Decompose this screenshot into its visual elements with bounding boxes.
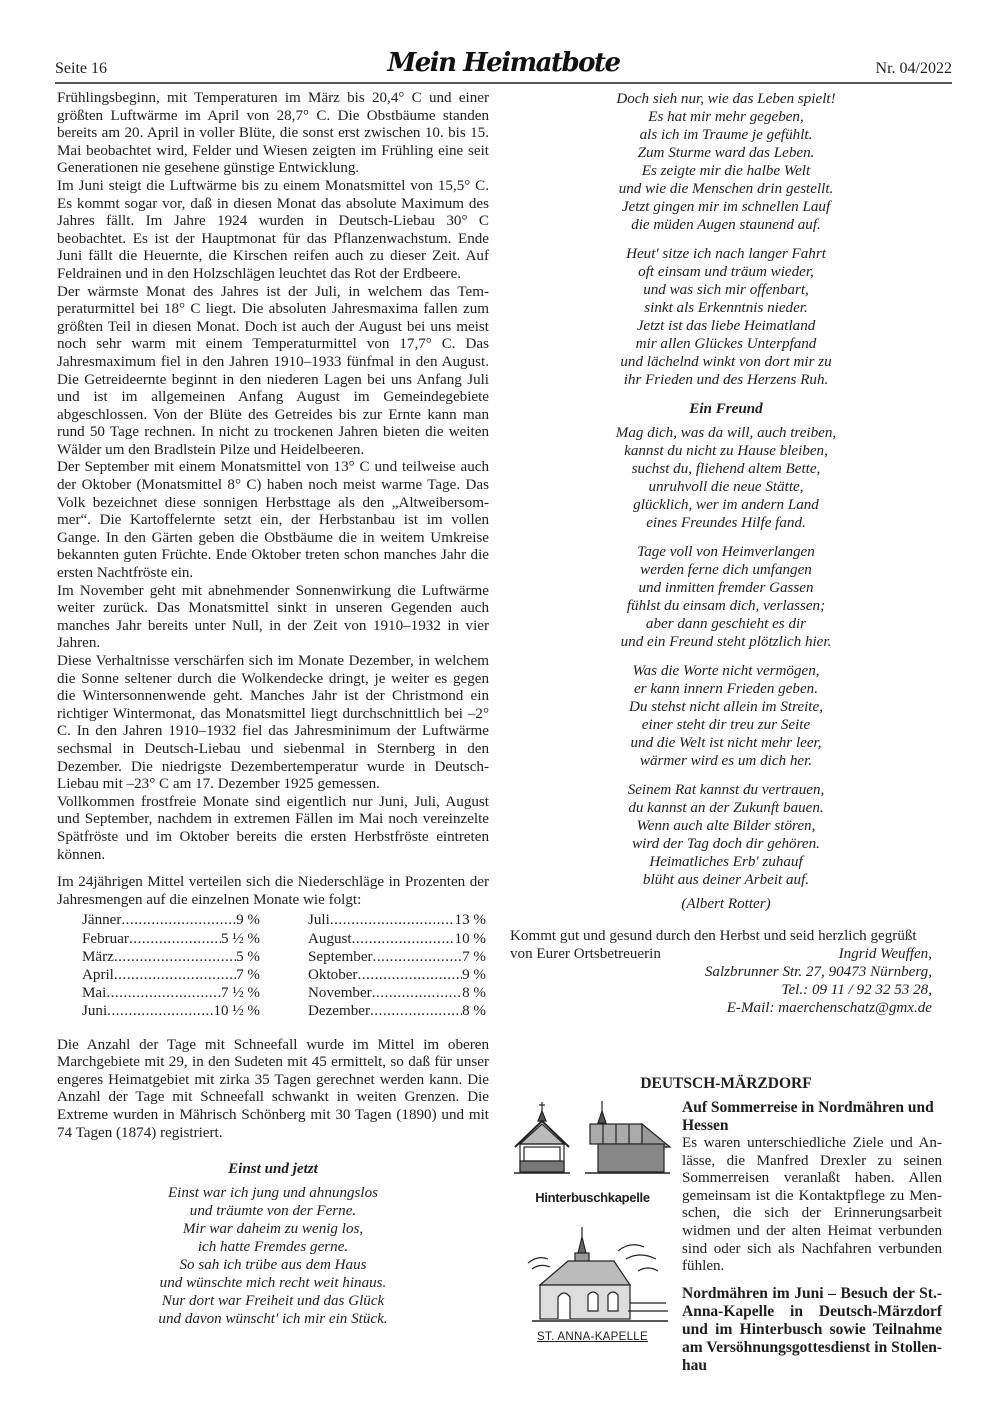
figure-caption: ST. ANNA-KAPELLE xyxy=(510,1331,675,1343)
church-drawing-icon xyxy=(518,1223,683,1331)
poem-stanza: Was die Worte nicht vermögen, er kann in… xyxy=(510,662,942,770)
poem-stanza: Doch sieh nur, wie das Leben spielt! Es … xyxy=(510,90,942,234)
paragraph: Vollkommen frostfreie Monate sind eigent… xyxy=(57,794,489,864)
article-title: Auf Sommerreise in Nordmähren und Hessen xyxy=(682,1099,942,1135)
deutsch-maerzdorf-section: Hinterbuschkapelle ST. ANNA xyxy=(510,1099,942,1375)
table-row: November8 % xyxy=(308,984,486,1002)
precipitation-table: Jänner9 % Februar5 ½ % März5 % April7 % … xyxy=(82,911,489,1020)
issue-number: Nr. 04/2022 xyxy=(876,60,952,78)
climate-article: Frühlingsbeginn, mit Temperaturen im Mär… xyxy=(57,90,489,864)
table-row: März5 % xyxy=(82,948,260,966)
greeting: Kommt gut und gesund durch den Herbst un… xyxy=(510,927,942,963)
precipitation-intro: Im 24jährigen Mittel verteilen sich die … xyxy=(57,874,489,909)
right-column: Doch sieh nur, wie das Leben spielt! Es … xyxy=(510,90,942,1375)
table-row: Juni10 ½ % xyxy=(82,1002,260,1020)
figure-caption: Hinterbuschkapelle xyxy=(510,1190,675,1205)
poem-stanza: Seinem Rat kannst du vertrauen, du kanns… xyxy=(510,781,942,889)
article-body: Es waren unterschiedliche Ziele und An­l… xyxy=(682,1135,942,1276)
table-row: September7 % xyxy=(308,948,486,966)
article-subheading: Nordmähren im Juni – Besuch der St.-Anna… xyxy=(682,1285,942,1375)
poem-stanza: Heut' sitze ich nach langer Fahrt oft ei… xyxy=(510,245,942,389)
table-row: April7 % xyxy=(82,966,260,984)
paragraph: Im November geht mit abnehmender Sonnenw… xyxy=(57,583,489,653)
table-row: Oktober9 % xyxy=(308,966,486,984)
table-row: Mai7 ½ % xyxy=(82,984,260,1002)
table-row: Dezember8 % xyxy=(308,1002,486,1020)
paragraph: Der wärmste Monat des Jahres ist der Jul… xyxy=(57,284,489,460)
table-row: August10 % xyxy=(308,930,486,948)
header-rule xyxy=(55,82,952,84)
table-row: Februar5 ½ % xyxy=(82,930,260,948)
contact-address: Salzbrunner Str. 27, 90473 Nürnberg, Tel… xyxy=(510,963,942,1017)
page-number: Seite 16 xyxy=(55,60,107,78)
figures: Hinterbuschkapelle ST. ANNA xyxy=(510,1099,675,1343)
table-row: Juli13 % xyxy=(308,911,486,929)
poem-author: (Albert Rotter) xyxy=(510,895,942,913)
poem-title: Einst und jetzt xyxy=(57,1160,489,1178)
poem-stanza: Tage voll von Heimverlangen werden ferne… xyxy=(510,543,942,651)
precipitation-col-left: Jänner9 % Februar5 ½ % März5 % April7 % … xyxy=(82,911,260,1020)
chapel-drawing-icon xyxy=(510,1099,675,1181)
paragraph: Der September mit einem Monatsmittel von… xyxy=(57,459,489,582)
article: Auf Sommerreise in Nordmähren und Hessen… xyxy=(682,1099,942,1375)
poem-stanza: Mag dich, was da will, auch treiben, kan… xyxy=(510,424,942,532)
snow-paragraph: Die Anzahl der Tage mit Schneefall wurde… xyxy=(57,1037,489,1143)
precipitation-col-right: Juli13 % August10 % September7 % Oktober… xyxy=(308,911,486,1020)
paragraph: Diese Verhaltnisse verschärfen sich im M… xyxy=(57,653,489,794)
left-column: Frühlingsbeginn, mit Temperaturen im Mär… xyxy=(57,90,489,1339)
poem-title: Ein Freund xyxy=(510,400,942,418)
email-link[interactable]: E-Mail: maerchenschatz@gmx.de xyxy=(510,999,932,1017)
masthead-logo: Mein Heimatbote xyxy=(387,48,619,78)
table-row: Jänner9 % xyxy=(82,911,260,929)
paragraph: Frühlingsbeginn, mit Temperaturen im Mär… xyxy=(57,90,489,178)
page-header: Seite 16 Mein Heimatbote Nr. 04/2022 xyxy=(55,50,952,82)
paragraph: Im Juni steigt die Luftwärme bis zu eine… xyxy=(57,178,489,284)
section-heading: DEUTSCH-MÄRZDORF xyxy=(510,1075,942,1093)
author-name: Ingrid Weuffen, xyxy=(839,945,942,963)
poem-stanza: Einst war ich jung und ahnungslos und tr… xyxy=(57,1184,489,1328)
